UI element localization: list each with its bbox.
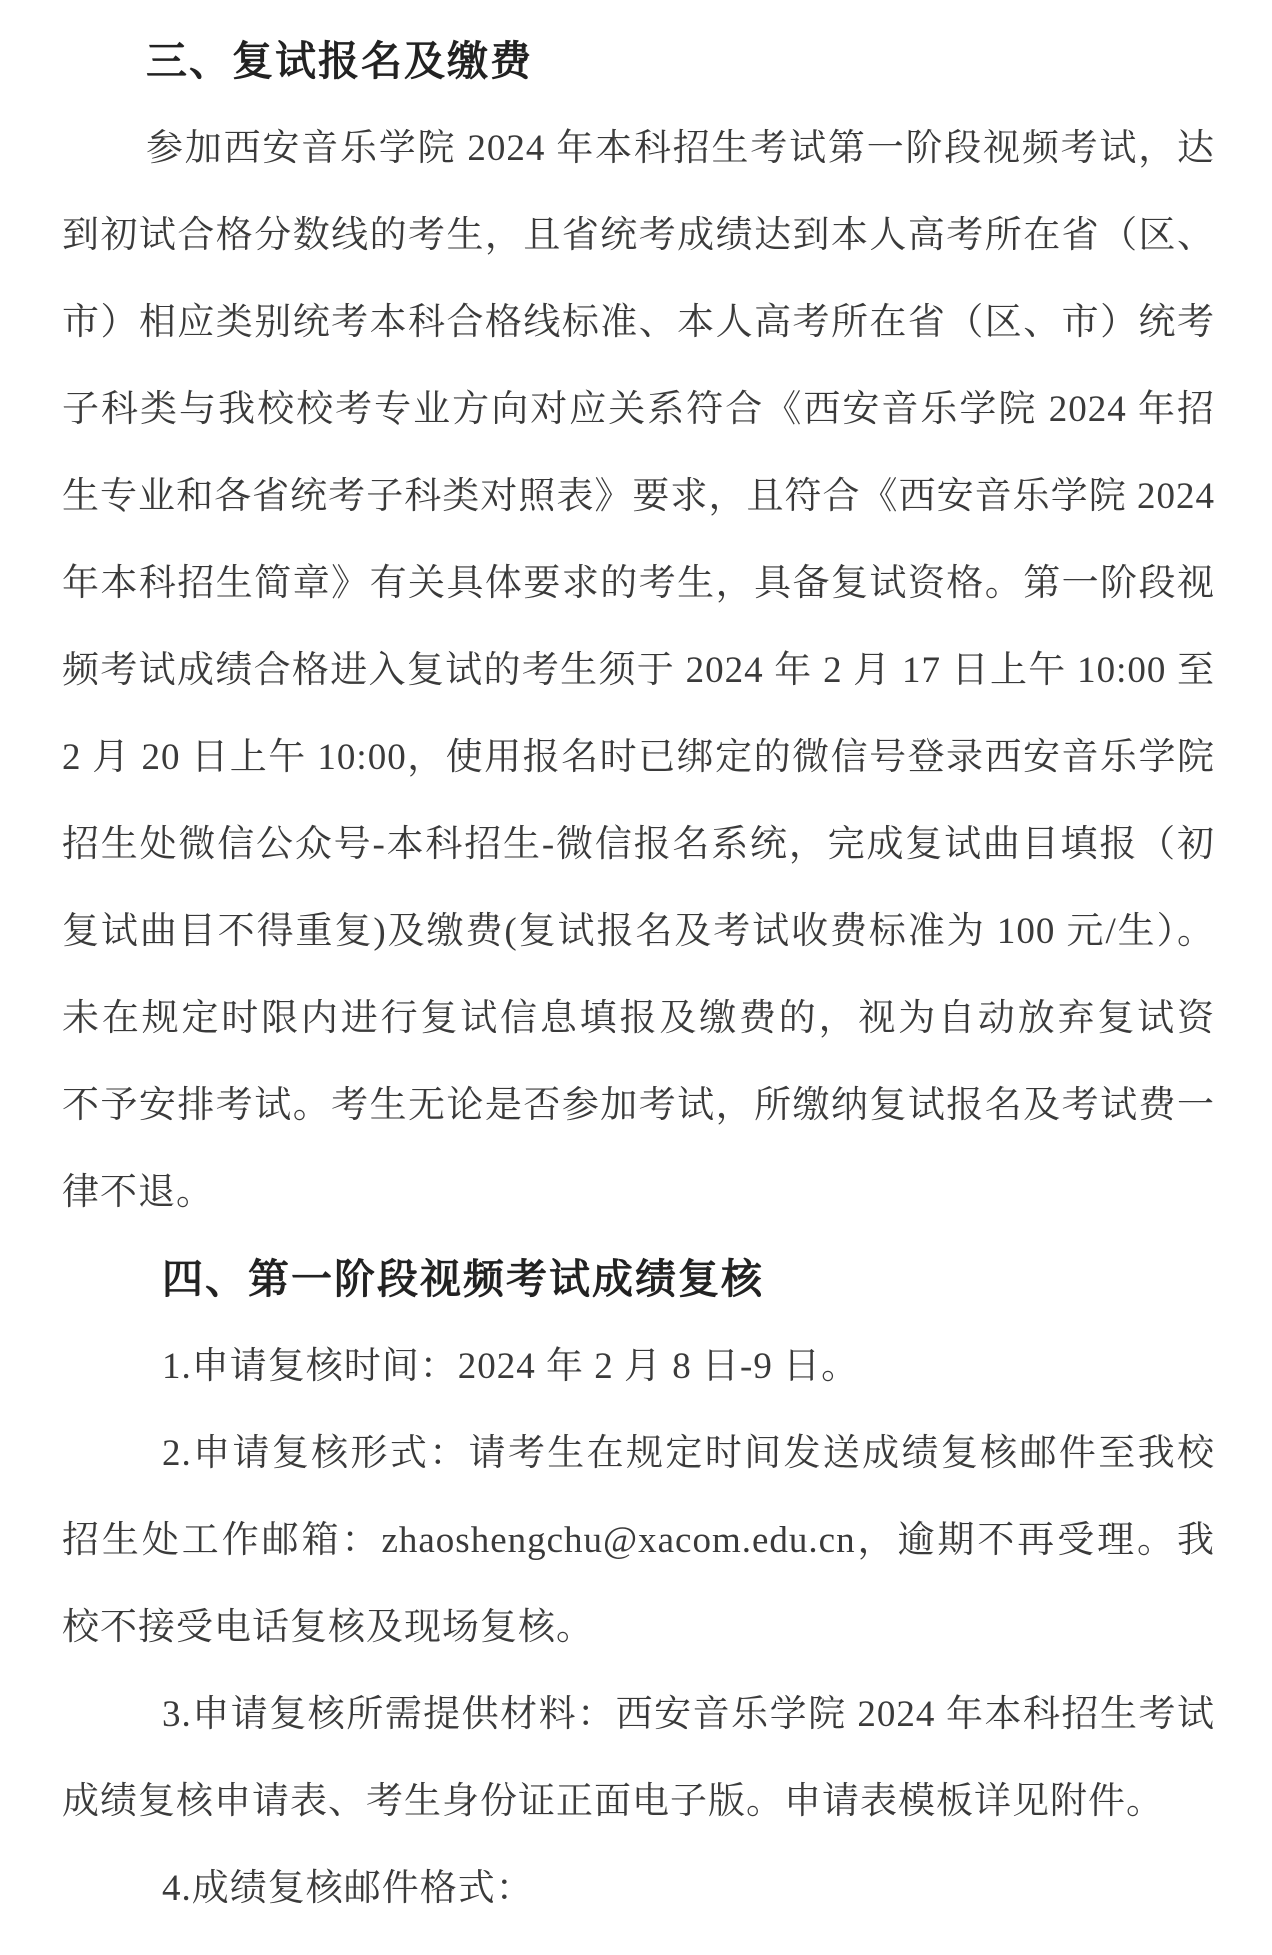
text-line: 4.成绩复核邮件格式：	[62, 1845, 1215, 1932]
text-line: 年本科招生简章》有关具体要求的考生，具备复试资格。第一阶段视	[62, 540, 1215, 627]
text-line: 2 月 20 日上午 10:00，使用报名时已绑定的微信号登录西安音乐学院	[62, 714, 1215, 801]
text-line: 未在规定时限内进行复试信息填报及缴费的，视为自动放弃复试资格，	[62, 975, 1215, 1062]
text-line: 校不接受电话复核及现场复核。	[62, 1584, 1215, 1671]
text-line: 参加西安音乐学院 2024 年本科招生考试第一阶段视频考试，达	[62, 105, 1215, 192]
text-line: 市）相应类别统考本科合格线标准、本人高考所在省（区、市）统考	[62, 279, 1215, 366]
text-line: 到初试合格分数线的考生，且省统考成绩达到本人高考所在省（区、	[62, 192, 1215, 279]
section-heading: 四、第一阶段视频考试成绩复核	[62, 1236, 1215, 1323]
text-line: 律不退。	[62, 1149, 1215, 1236]
text-line: 2.申请复核形式：请考生在规定时间发送成绩复核邮件至我校	[62, 1410, 1215, 1497]
document-content: 三、复试报名及缴费参加西安音乐学院 2024 年本科招生考试第一阶段视频考试，达…	[62, 18, 1215, 1932]
text-line: 频考试成绩合格进入复试的考生须于 2024 年 2 月 17 日上午 10:00…	[62, 627, 1215, 714]
text-line: 不予安排考试。考生无论是否参加考试，所缴纳复试报名及考试费一	[62, 1062, 1215, 1149]
text-line: 子科类与我校校考专业方向对应关系符合《西安音乐学院 2024 年招	[62, 366, 1215, 453]
text-line: 招生处工作邮箱：zhaoshengchu@xacom.edu.cn，逾期不再受理…	[62, 1497, 1215, 1584]
section-heading: 三、复试报名及缴费	[62, 18, 1215, 105]
text-line: 生专业和各省统考子科类对照表》要求，且符合《西安音乐学院 2024	[62, 453, 1215, 540]
document-page: 三、复试报名及缴费参加西安音乐学院 2024 年本科招生考试第一阶段视频考试，达…	[0, 0, 1272, 1955]
text-line: 成绩复核申请表、考生身份证正面电子版。申请表模板详见附件。	[62, 1758, 1215, 1845]
text-line: 复试曲目不得重复)及缴费(复试报名及考试收费标准为 100 元/生）。	[62, 888, 1215, 975]
text-line: 招生处微信公众号-本科招生-微信报名系统，完成复试曲目填报（初	[62, 801, 1215, 888]
text-line: 3.申请复核所需提供材料：西安音乐学院 2024 年本科招生考试	[62, 1671, 1215, 1758]
text-line: 1.申请复核时间：2024 年 2 月 8 日-9 日。	[62, 1323, 1215, 1410]
